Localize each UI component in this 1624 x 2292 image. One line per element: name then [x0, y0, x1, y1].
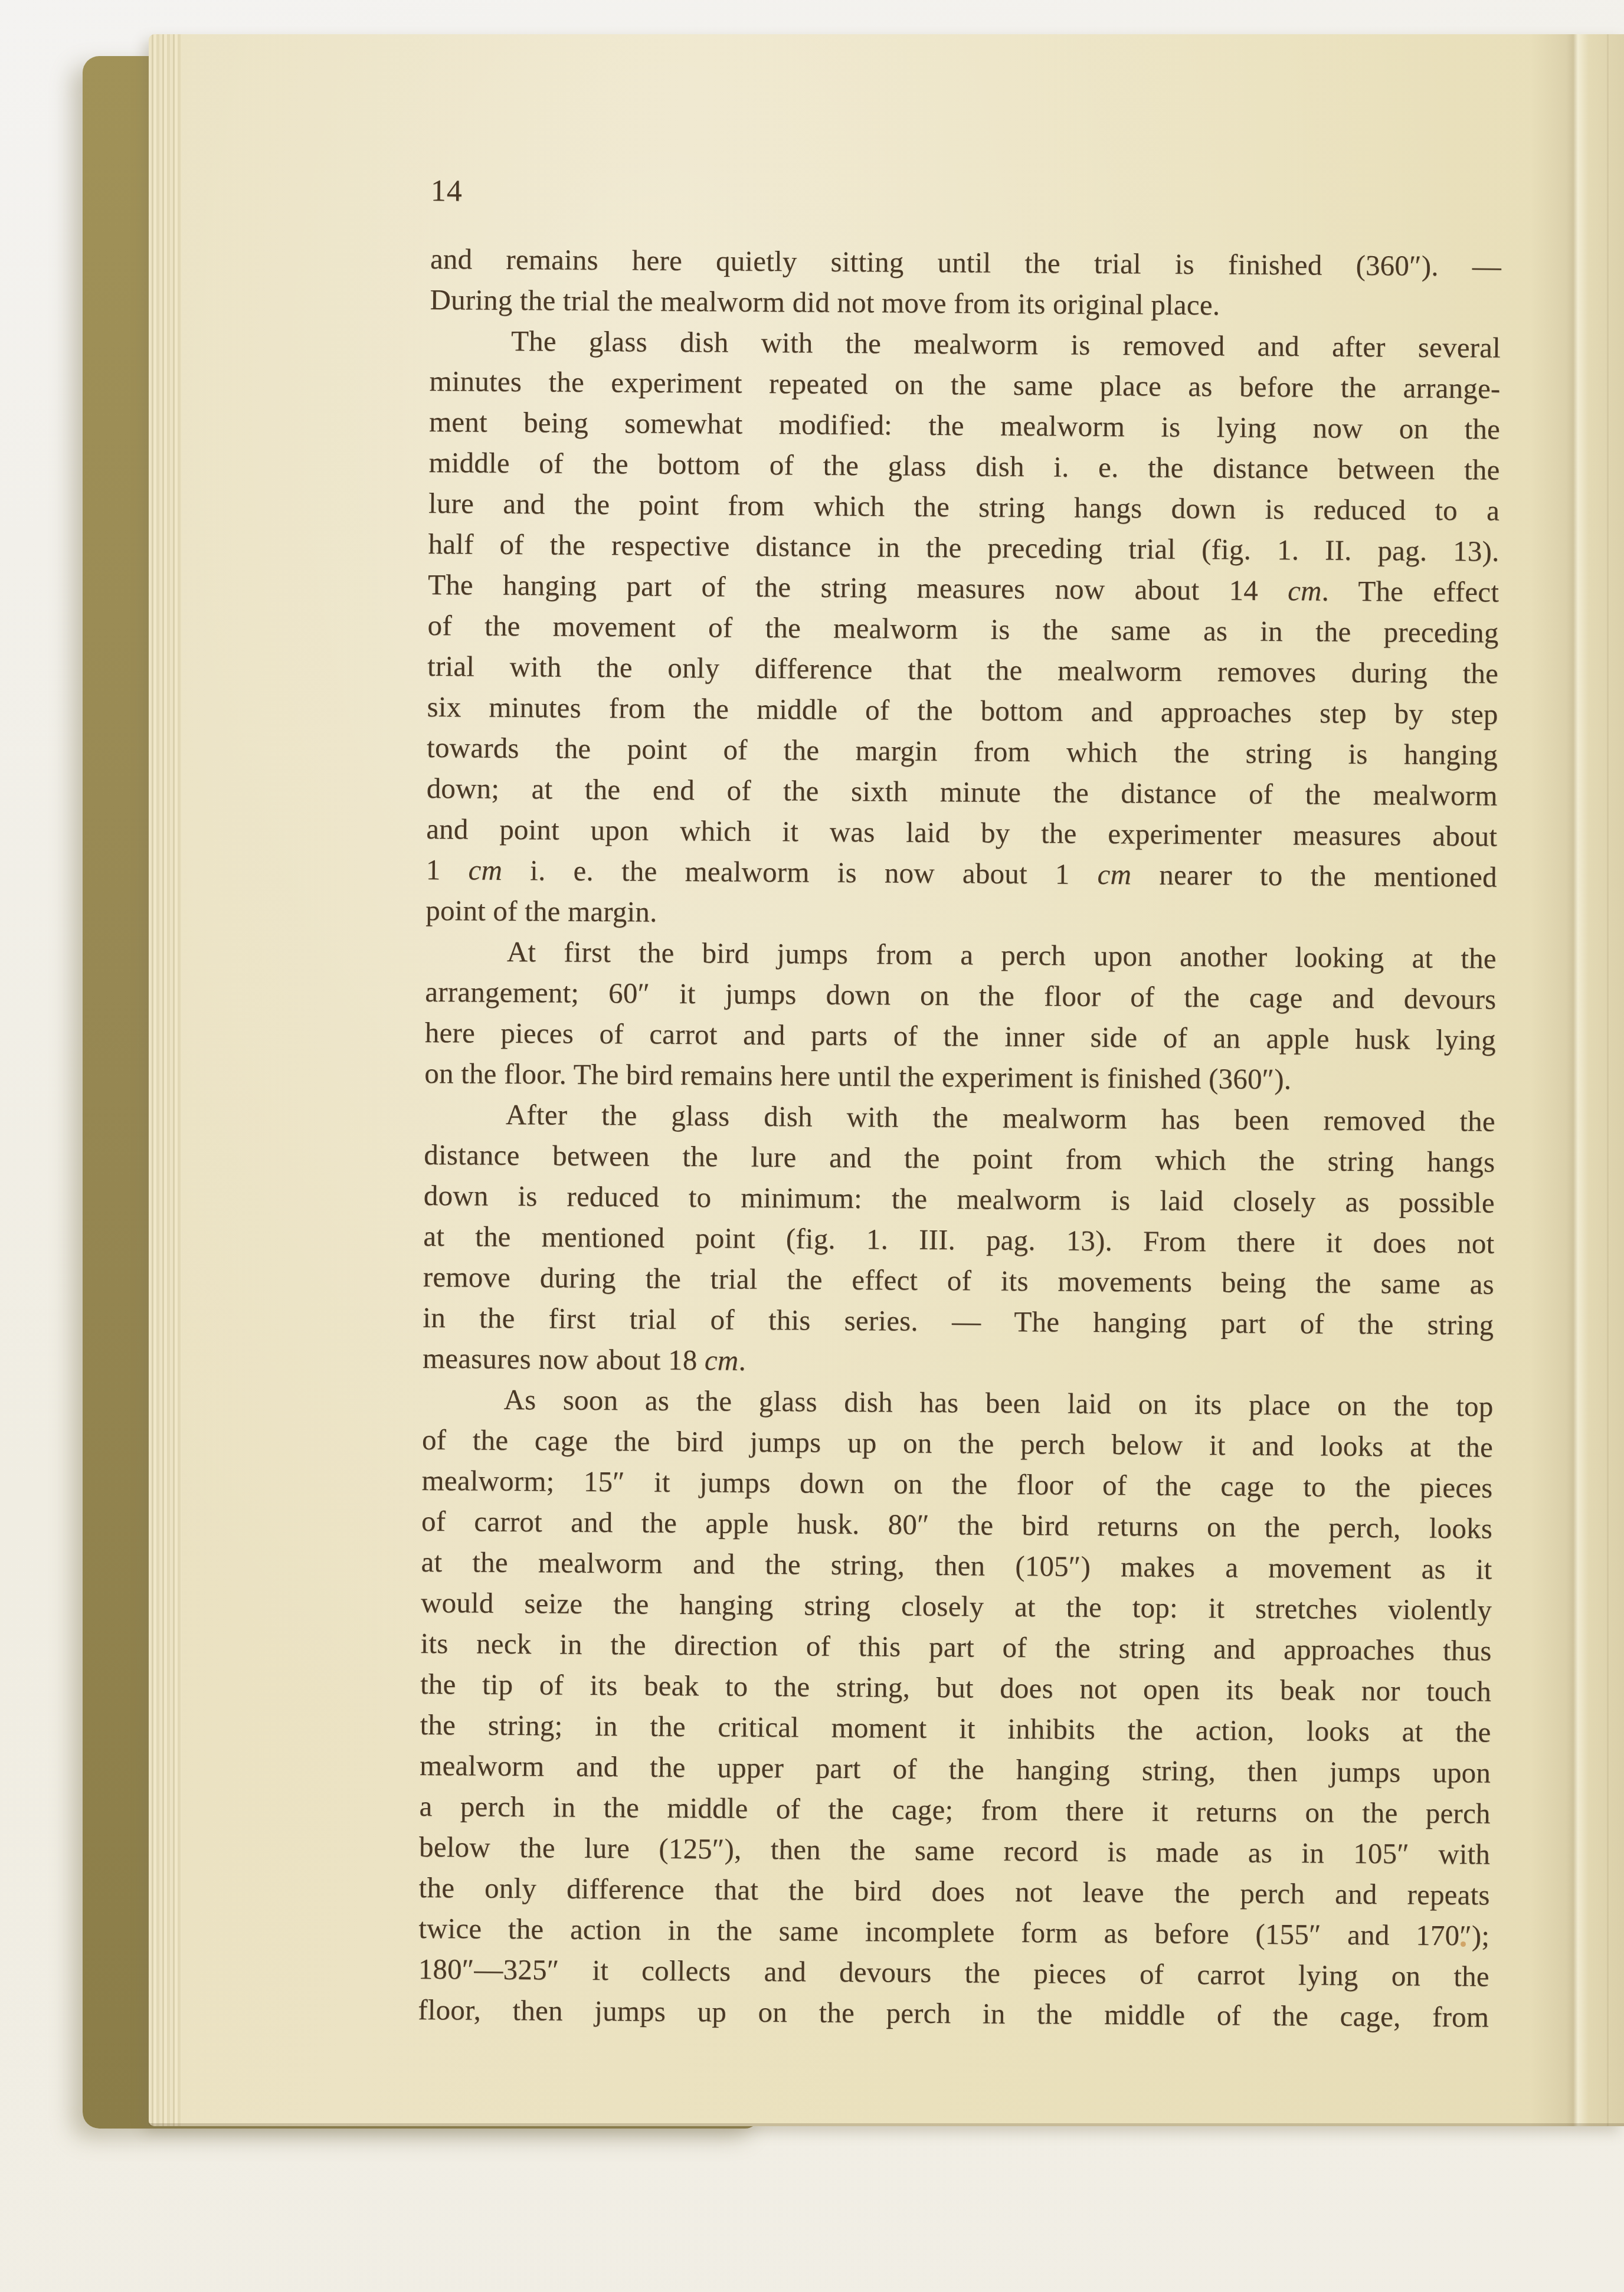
- text-line: six minutes from the middle of the botto…: [427, 686, 1498, 735]
- page-number: 14: [431, 175, 1502, 215]
- text-line: floor, then jumps up on the perch in the…: [418, 1989, 1489, 2038]
- text-line: The glass dish with the mealworm is remo…: [430, 320, 1501, 368]
- text-line: a perch in the middle of the cage; from …: [419, 1786, 1490, 1834]
- text-line: the string; in the critical moment it in…: [420, 1704, 1491, 1753]
- text-line: trial with the only difference that the …: [427, 646, 1498, 694]
- body-text: and remains here quietly sitting until t…: [418, 238, 1501, 2038]
- book-page: 14 and remains here quietly sitting unti…: [149, 34, 1624, 2126]
- text-line: of the cage the bird jumps up on the per…: [422, 1419, 1493, 1468]
- text-line: of carrot and the apple husk. 80″ the bi…: [421, 1501, 1492, 1549]
- text-line: the only difference that the bird does n…: [418, 1867, 1489, 1916]
- page-gutter-fold: [1530, 34, 1624, 2126]
- text-line: mealworm; 15″ it jumps down on the floor…: [421, 1460, 1492, 1508]
- text-line: 180″—325″ it collects and devours the pi…: [418, 1949, 1489, 1997]
- text-line: During the trial the mealworm did not mo…: [430, 279, 1501, 328]
- text-line: here pieces of carrot and parts of the i…: [425, 1012, 1496, 1060]
- text-line: distance between the lure and the point …: [424, 1134, 1495, 1183]
- text-line: 1 cm i. e. the mealworm is now about 1 c…: [426, 849, 1497, 898]
- text-line: and remains here quietly sitting until t…: [430, 238, 1501, 287]
- text-line: would seize the hanging string closely a…: [421, 1582, 1492, 1630]
- text-line: ment being somewhat modified: the mealwo…: [429, 401, 1500, 450]
- text-line: on the floor. The bird remains here unti…: [424, 1053, 1495, 1101]
- page-stack-edges: [149, 34, 182, 2126]
- text-line: twice the action in the same incomplete …: [418, 1908, 1489, 1956]
- text-line: The hanging part of the string measures …: [428, 564, 1499, 613]
- text-line: point of the margin.: [425, 890, 1497, 938]
- text-line: down is reduced to minimum: the mealworm…: [424, 1175, 1495, 1223]
- text-line: remove during the trial the effect of it…: [423, 1256, 1494, 1305]
- text-line: at the mentioned point (fig. 1. III. pag…: [423, 1216, 1494, 1264]
- text-line: below the lure (125″), then the same rec…: [419, 1826, 1490, 1875]
- text-line: mealworm and the upper part of the hangi…: [420, 1745, 1491, 1793]
- text-line: arrangement; 60″ it jumps down on the fl…: [425, 971, 1496, 1020]
- text-line: at the mealworm and the string, then (10…: [421, 1541, 1492, 1590]
- text-line: in the first trial of this series. — The…: [423, 1297, 1494, 1345]
- text-line: the tip of its beak to the string, but d…: [420, 1664, 1491, 1712]
- text-line: At first the bird jumps from a perch upo…: [425, 931, 1497, 979]
- text-line: of the movement of the mealworm is the s…: [427, 605, 1498, 653]
- text-line: As soon as the glass dish has been laid …: [422, 1379, 1493, 1427]
- text-line: half of the respective distance in the p…: [428, 523, 1499, 572]
- text-line: towards the point of the margin from whi…: [427, 727, 1498, 775]
- text-line: its neck in the direction of this part o…: [420, 1623, 1491, 1671]
- text-area: 14 and remains here quietly sitting unti…: [418, 175, 1502, 2038]
- text-line: After the glass dish with the mealworm h…: [424, 1093, 1495, 1142]
- scanned-book-page: 14 and remains here quietly sitting unti…: [0, 0, 1624, 2292]
- text-line: middle of the bottom of the glass dish i…: [428, 442, 1499, 490]
- text-line: measures now about 18 cm.: [423, 1338, 1494, 1386]
- text-line: minutes the experiment repeated on the s…: [429, 361, 1500, 409]
- text-line: and point upon which it was laid by the …: [426, 808, 1497, 857]
- text-line: lure and the point from which the string…: [428, 483, 1499, 531]
- text-line: down; at the end of the sixth minute the…: [427, 768, 1498, 816]
